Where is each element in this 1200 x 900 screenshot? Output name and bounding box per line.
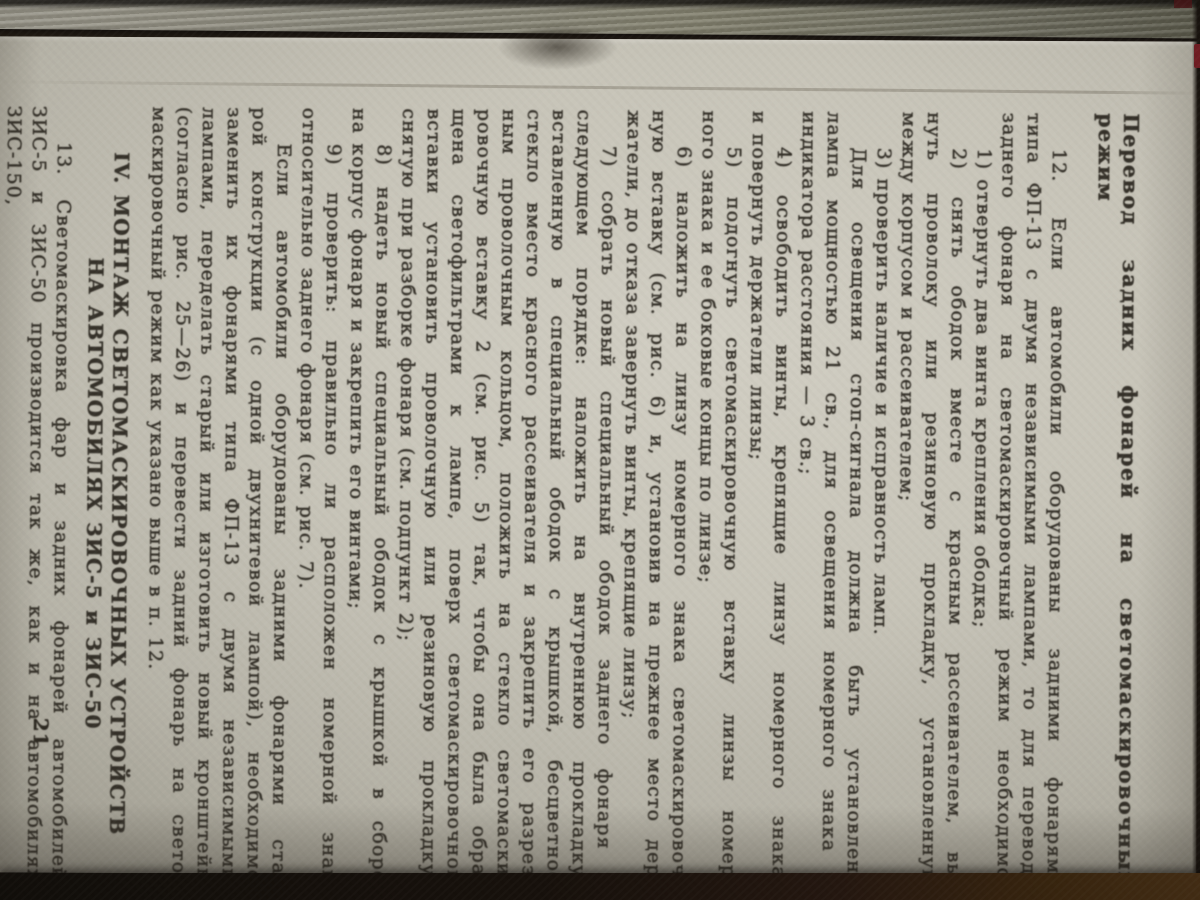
ink-smudge-stain [498,24,618,70]
red-bookmark-sliver [1194,44,1200,68]
doc-title-line: Перевод задних фонарей на светомаскирово… [1088,113,1143,888]
paper-crease [0,80,1200,95]
page-text: Перевод задних фонарей на светомаскирово… [8,106,1143,889]
table-surface-bottom [0,873,1200,900]
photo-background: Перевод задних фонарей на светомаскирово… [0,0,1200,900]
red-corner-mark [1174,0,1192,8]
page-number: 21 [29,718,53,778]
book-right-edge-shadow [1192,0,1200,900]
